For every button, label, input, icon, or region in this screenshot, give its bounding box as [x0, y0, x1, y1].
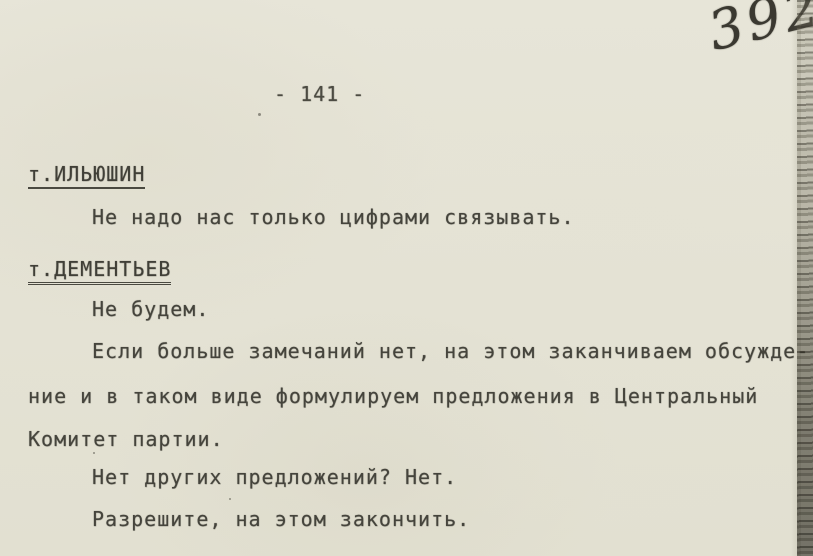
page-number: - 141 -: [274, 82, 365, 106]
transcript-line: Не надо нас только цифрами связывать.: [92, 205, 575, 229]
transcript-line: ние и в таком виде формулируем предложен…: [28, 384, 758, 408]
speaker-name-ilyushin: т.ИЛЬЮШИН: [28, 162, 145, 189]
transcript-line: Если больше замечаний нет, на этом закан…: [92, 339, 809, 363]
speaker-name-dementev: т.ДЕМЕНТЬЕВ: [28, 257, 171, 285]
scan-edge-texture: [797, 0, 813, 556]
transcript-line: Комитет партии.: [28, 427, 224, 451]
transcript-line: Не будем.: [92, 297, 209, 321]
paper-speck: [258, 113, 261, 116]
transcript-line: Нет других предложений? Нет.: [92, 465, 457, 489]
transcript-line: Разрешите, на этом закончить.: [92, 507, 470, 531]
paper-speck: [229, 498, 231, 500]
scanned-document-page: 392 - 141 - т.ИЛЬЮШИН Не надо нас только…: [0, 0, 813, 556]
paper-speck: [93, 452, 95, 454]
